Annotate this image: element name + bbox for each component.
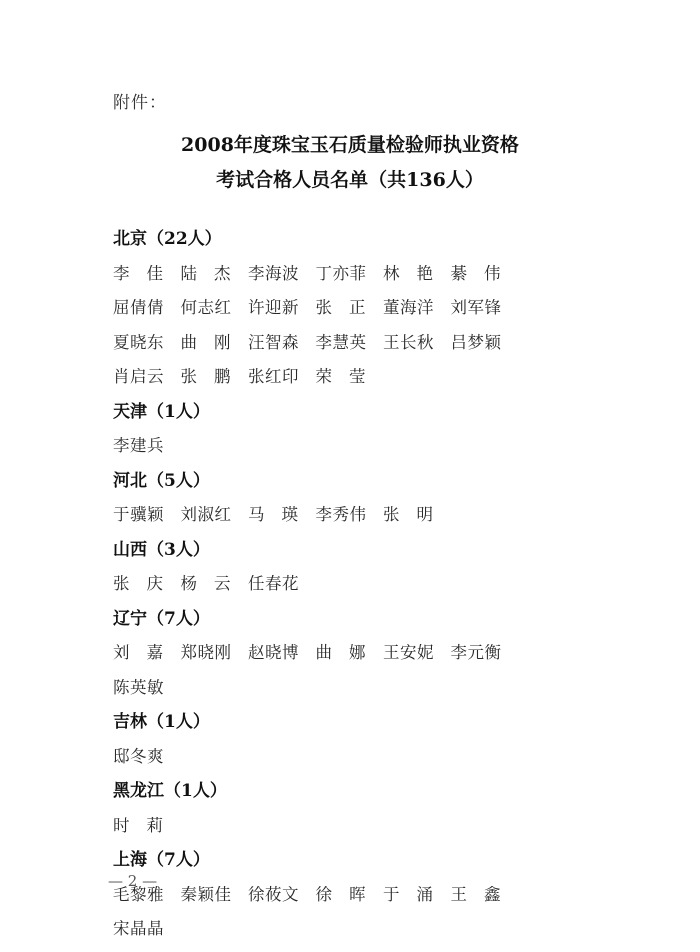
person-name: 王鑫 <box>451 878 519 913</box>
person-name: 屈倩倩 <box>113 291 181 326</box>
region-names: 张庆杨云任春花 <box>113 567 583 602</box>
attachment-label: 附件： <box>113 88 167 113</box>
person-name: 何志红 <box>181 291 249 326</box>
region-names: 邸冬爽 <box>113 740 583 775</box>
person-name: 赵晓博 <box>248 636 316 671</box>
person-name: 綦伟 <box>451 257 519 292</box>
person-name: 马瑛 <box>248 498 316 533</box>
name-list: 北京（22人）李佳陆杰李海波丁亦菲林艳綦伟屈倩倩何志红许迎新张正董海洋刘军锋夏晓… <box>113 222 583 947</box>
region-names: 时莉 <box>113 809 583 844</box>
page-number: — 2 — <box>108 872 157 890</box>
region-names: 刘嘉郑晓刚赵晓博曲娜王安妮李元衡陈英敏 <box>113 636 583 705</box>
person-name: 于骥颖 <box>113 498 181 533</box>
person-name: 王安妮 <box>383 636 451 671</box>
person-name: 肖启云 <box>113 360 181 395</box>
person-name: 夏晓东 <box>113 326 181 361</box>
person-name: 张鹏 <box>181 360 249 395</box>
person-name: 秦颖佳 <box>181 878 249 913</box>
person-name: 杨云 <box>181 567 249 602</box>
person-name: 张庆 <box>113 567 181 602</box>
region-names: 于骥颖刘淑红马瑛李秀伟张明 <box>113 498 583 533</box>
region-header: 北京（22人） <box>113 222 583 257</box>
person-name: 丁亦菲 <box>316 257 384 292</box>
region-header: 黑龙江（1人） <box>113 774 583 809</box>
person-name: 任春花 <box>248 567 316 602</box>
region-header: 辽宁（7人） <box>113 602 583 637</box>
person-name: 宋晶晶 <box>113 912 181 947</box>
region-header: 山西（3人） <box>113 533 583 568</box>
person-name: 曲娜 <box>316 636 384 671</box>
person-name: 陆杰 <box>181 257 249 292</box>
person-name: 王长秋 <box>383 326 451 361</box>
region-header: 天津（1人） <box>113 395 583 430</box>
person-name: 刘军锋 <box>451 291 519 326</box>
person-name: 李秀伟 <box>316 498 384 533</box>
region-header: 上海（7人） <box>113 843 583 878</box>
person-name: 吕梦颖 <box>451 326 519 361</box>
person-name: 汪智森 <box>248 326 316 361</box>
region-names: 李佳陆杰李海波丁亦菲林艳綦伟屈倩倩何志红许迎新张正董海洋刘军锋夏晓东曲刚汪智森李… <box>113 257 583 395</box>
person-name: 曲刚 <box>181 326 249 361</box>
person-name: 刘嘉 <box>113 636 181 671</box>
person-name: 邸冬爽 <box>113 740 181 775</box>
person-name: 时莉 <box>113 809 181 844</box>
region-names: 李建兵 <box>113 429 583 464</box>
region-header: 吉林（1人） <box>113 705 583 740</box>
document-title-line2: 考试合格人员名单（共136人） <box>0 165 700 192</box>
region-header: 河北（5人） <box>113 464 583 499</box>
person-name: 李佳 <box>113 257 181 292</box>
person-name: 荣莹 <box>316 360 384 395</box>
person-name: 徐晖 <box>316 878 384 913</box>
person-name: 陈英敏 <box>113 671 181 706</box>
person-name: 张正 <box>316 291 384 326</box>
person-name: 李慧英 <box>316 326 384 361</box>
person-name: 徐莜文 <box>248 878 316 913</box>
person-name: 林艳 <box>383 257 451 292</box>
person-name: 李元衡 <box>451 636 519 671</box>
region-names: 毛黎雅秦颖佳徐莜文徐晖于涌王鑫宋晶晶 <box>113 878 583 947</box>
person-name: 张明 <box>383 498 451 533</box>
person-name: 刘淑红 <box>181 498 249 533</box>
document-title-line1: 2008年度珠宝玉石质量检验师执业资格 <box>0 130 700 157</box>
person-name: 董海洋 <box>383 291 451 326</box>
person-name: 李海波 <box>248 257 316 292</box>
person-name: 于涌 <box>383 878 451 913</box>
person-name: 许迎新 <box>248 291 316 326</box>
person-name: 郑晓刚 <box>181 636 249 671</box>
person-name: 李建兵 <box>113 429 181 464</box>
person-name: 张红印 <box>248 360 316 395</box>
